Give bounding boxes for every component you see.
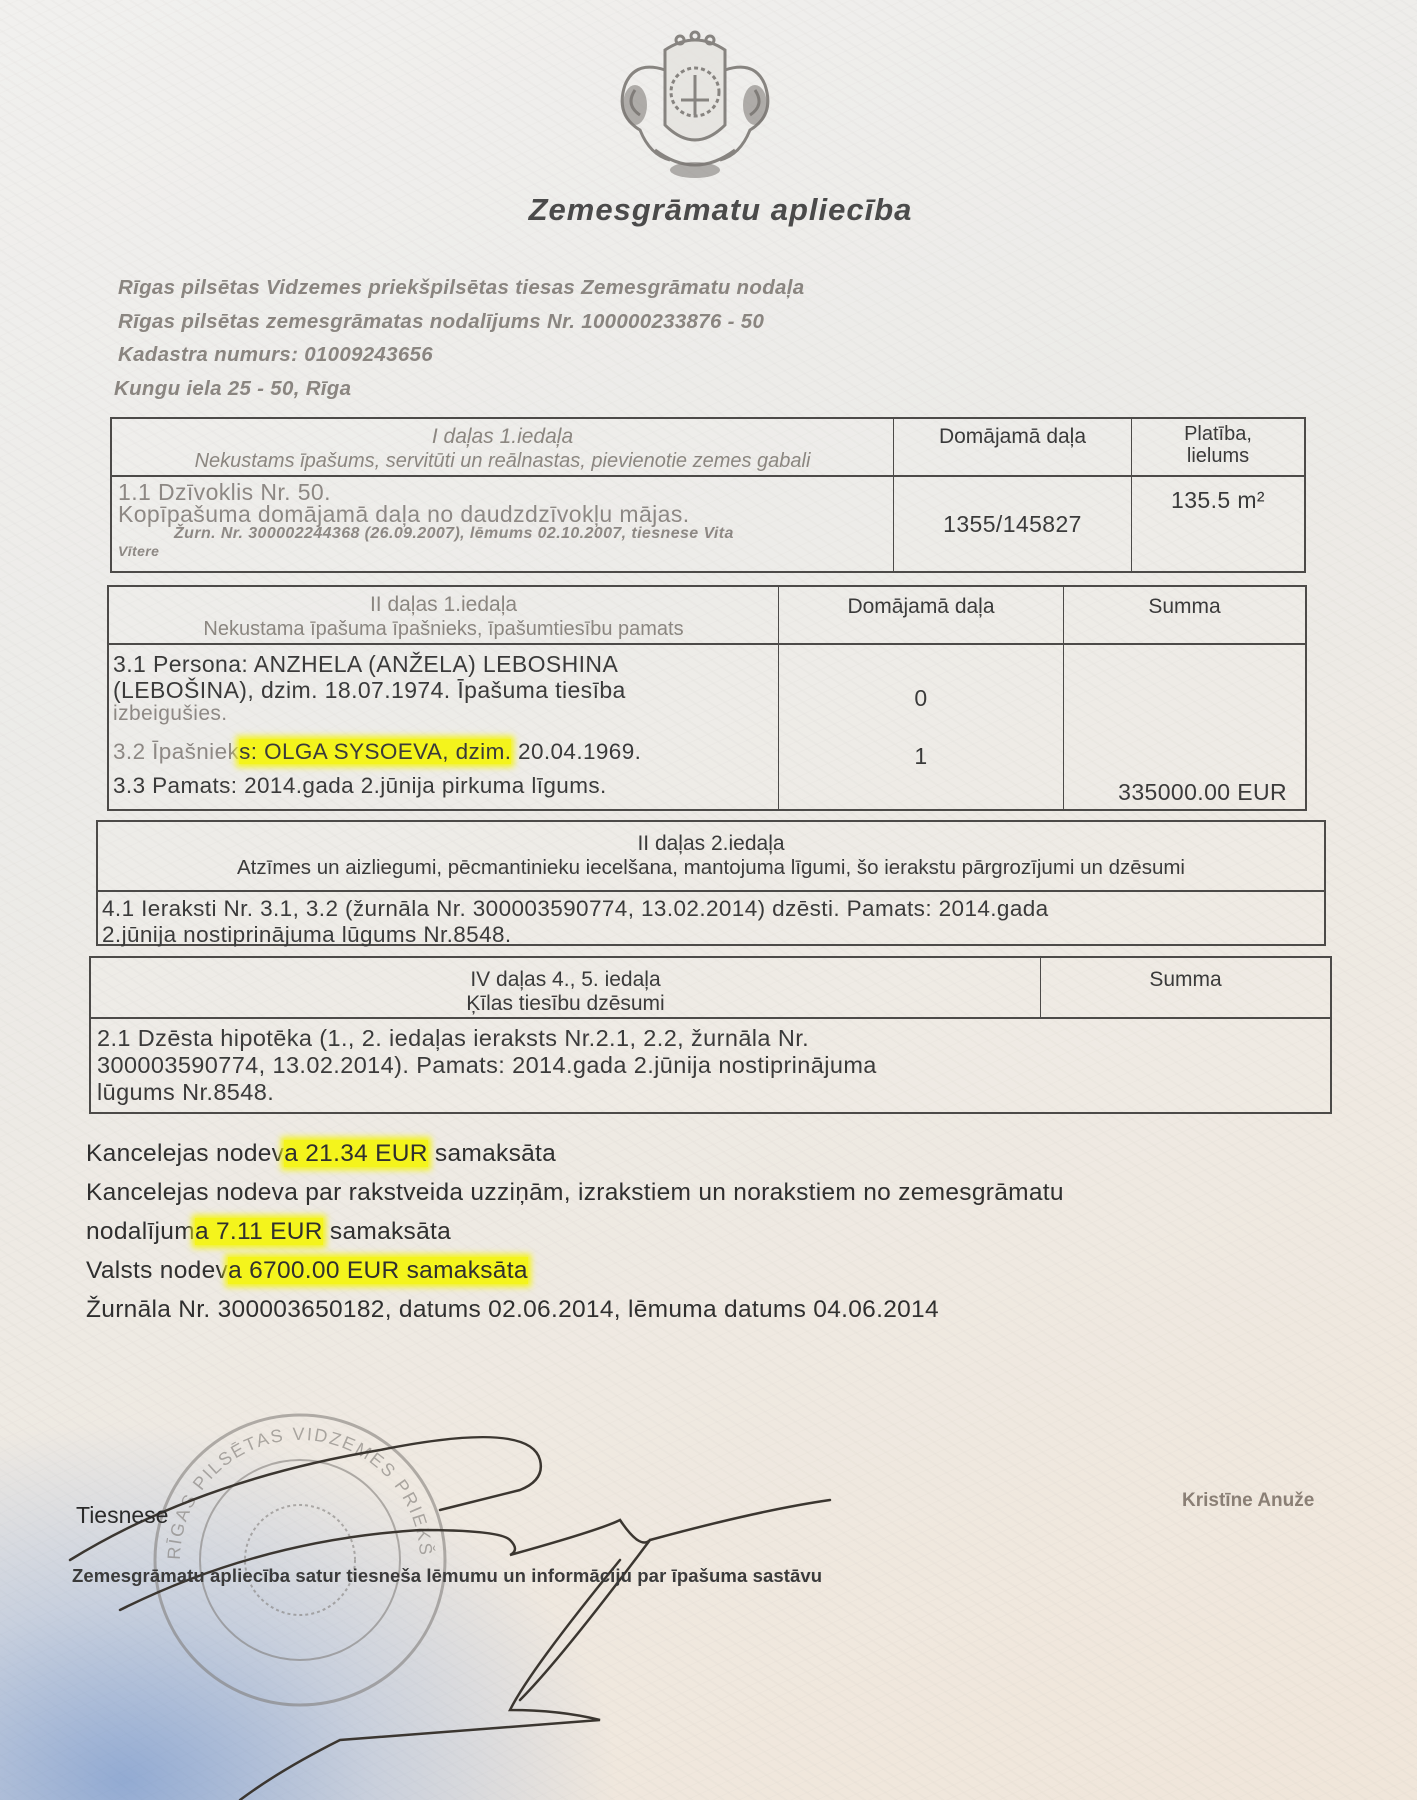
judge-label: Tiesnese	[76, 1502, 168, 1529]
entry-3-3: 3.3 Pamats: 2014.gada 2.jūnija pirkuma l…	[113, 773, 774, 799]
section-2-table: II daļas 1.iedaļa Nekustama īpašuma īpaš…	[107, 585, 1307, 811]
section-4-title: IV daļas 4., 5. iedaļa	[91, 968, 1040, 992]
share-column-header: Domājamā daļa	[894, 419, 1132, 477]
judge-signature-icon	[0, 1380, 900, 1800]
share-column-header: Domājamā daļa	[779, 587, 1064, 645]
apartment-line: 1.1 Dzīvoklis Nr. 50.	[118, 481, 889, 503]
area-column-label: Platība, lielums	[1173, 423, 1263, 467]
footer-note: Zemesgrāmatu apliecība satur tiesneša lē…	[72, 1565, 822, 1587]
land-register-certificate: Zemesgrāmatu apliecība Rīgas pilsētas Vi…	[0, 0, 1417, 1800]
document-title: Zemesgrāmatu apliecība	[12, 192, 1417, 228]
section-3-entry: 4.1 Ieraksti Nr. 3.1, 3.2 (žurnāla Nr. 3…	[98, 892, 1324, 948]
section-3-header: II daļas 2.iedaļa Atzīmes un aizliegumi,…	[98, 822, 1324, 892]
property-address: Kungu iela 25 - 50, Rīga	[114, 377, 351, 401]
state-fee: Valsts nodeva 6700.00 EUR samaksāta	[86, 1251, 1064, 1290]
section-3-title: II daļas 2.iedaļa	[98, 832, 1324, 856]
section-2-subtitle: Nekustama īpašuma īpašnieks, īpašumtiesī…	[109, 617, 778, 641]
extract-fee: nodalījuma 7.11 EUR samaksāta	[86, 1212, 1064, 1251]
share-values: 0 1	[779, 645, 1064, 809]
judge-name: Kristīne Anuže	[1182, 1490, 1314, 1512]
section-1-subtitle: Nekustams īpašums, servitūti un reālnast…	[112, 449, 893, 473]
chancery-fee: Kancelejas nodeva 21.34 EUR samaksāta	[86, 1134, 1064, 1173]
share-description: Kopīpašuma domājamā daļa no daudzdzīvokļ…	[118, 503, 889, 525]
share-value: 1355/145827	[894, 477, 1132, 571]
purchase-sum: 335000.00 EUR	[1118, 779, 1287, 805]
chancery-fee-status: samaksāta	[428, 1140, 556, 1167]
section-3-table: II daļas 2.iedaļa Atzīmes un aizliegumi,…	[96, 820, 1326, 946]
entry-2-1-line-1: 2.1 Dzēsta hipotēka (1., 2. iedaļas iera…	[97, 1025, 1326, 1052]
section-4-subtitle: Ķīlas tiesību dzēsumi	[91, 992, 1040, 1016]
entry-4-1-line-1: 4.1 Ieraksti Nr. 3.1, 3.2 (žurnāla Nr. 3…	[102, 896, 1320, 922]
entry-3-1-line-1: 3.1 Persona: ANZHELA (ANŽELA) LEBOSHINA	[113, 651, 774, 677]
sum-column-header: Summa	[1041, 958, 1330, 1019]
area-value: 135.5 m²	[1132, 477, 1304, 571]
register-section-number: Rīgas pilsētas zemesgrāmatas nodalījums …	[118, 310, 764, 334]
entry-3-2-share: 1	[779, 743, 1063, 769]
extract-fee-status: samaksāta	[323, 1218, 451, 1245]
entry-3-1-share: 0	[779, 685, 1063, 711]
chancery-fee-label: Kancelejas nodev	[86, 1140, 284, 1167]
journal-info: Žurnāla Nr. 300003650182, datums 02.06.2…	[86, 1290, 1064, 1329]
fees-block: Kancelejas nodeva 21.34 EUR samaksāta Ka…	[86, 1134, 1064, 1329]
entry-3-2-prefix: 3.2 Īpašniek	[113, 739, 239, 764]
court-department: Rīgas pilsētas Vidzemes priekšpilsētas t…	[118, 276, 804, 300]
area-column-header: Platība, lielums	[1132, 419, 1304, 477]
section-1-entry: 1.1 Dzīvoklis Nr. 50. Kopīpašuma domājam…	[112, 477, 894, 571]
state-fee-label: Valsts nodev	[86, 1257, 228, 1284]
section-4-header: IV daļas 4., 5. iedaļa Ķīlas tiesību dzē…	[91, 958, 1041, 1019]
cadastre-number: Kadastra numurs: 01009243656	[118, 343, 433, 367]
judge-surname: Vītere	[118, 543, 889, 559]
sum-column-header: Summa	[1064, 587, 1305, 645]
owner-birth-date: 20.04.1969.	[511, 739, 641, 764]
section-4-table: IV daļas 4., 5. iedaļa Ķīlas tiesību dzē…	[89, 956, 1332, 1114]
section-1-title: I daļas 1.iedaļa	[112, 425, 893, 449]
section-1-table: I daļas 1.iedaļa Nekustams īpašums, serv…	[110, 417, 1306, 573]
coat-of-arms-icon	[595, 30, 795, 190]
sum-values: 335000.00 EUR	[1064, 645, 1305, 809]
section-2-title: II daļas 1.iedaļa	[109, 593, 778, 617]
journal-reference: Žurn. Nr. 300002244368 (26.09.2007), lēm…	[118, 525, 889, 543]
chancery-fee-amount: a 21.34 EUR	[284, 1140, 428, 1167]
section-2-header: II daļas 1.iedaļa Nekustama īpašuma īpaš…	[109, 587, 779, 645]
section-4-entry: 2.1 Dzēsta hipotēka (1., 2. iedaļas iera…	[91, 1019, 1330, 1112]
entry-3-1-line-2: (LEBOŠINA), dzim. 18.07.1974. Īpašuma ti…	[113, 677, 774, 703]
extract-fee-label: nodalījum	[86, 1218, 195, 1245]
extract-fee-amount: a 7.11 EUR	[195, 1218, 323, 1245]
section-3-subtitle: Atzīmes un aizliegumi, pēcmantinieku iec…	[98, 856, 1324, 880]
owners-entries: 3.1 Persona: ANZHELA (ANŽELA) LEBOSHINA …	[109, 645, 779, 809]
owner-name-highlighted: s: OLGA SYSOEVA, dzim.	[239, 739, 511, 764]
entry-4-1-line-2: 2.jūnija nostiprinājuma lūgums Nr.8548.	[102, 922, 1320, 948]
state-fee-amount: a 6700.00 EUR samaksāta	[228, 1257, 528, 1284]
entry-2-1-line-2: 300003590774, 13.02.2014). Pamats: 2014.…	[97, 1052, 1326, 1079]
extract-fee-description: Kancelejas nodeva par rakstveida uzziņām…	[86, 1173, 1064, 1212]
entry-3-1-line-3: izbeigušies.	[113, 703, 774, 725]
section-1-header: I daļas 1.iedaļa Nekustams īpašums, serv…	[112, 419, 894, 477]
entry-3-2: 3.2 Īpašnieks: OLGA SYSOEVA, dzim. 20.04…	[113, 739, 774, 765]
entry-2-1-line-3: lūgums Nr.8548.	[97, 1079, 1326, 1106]
